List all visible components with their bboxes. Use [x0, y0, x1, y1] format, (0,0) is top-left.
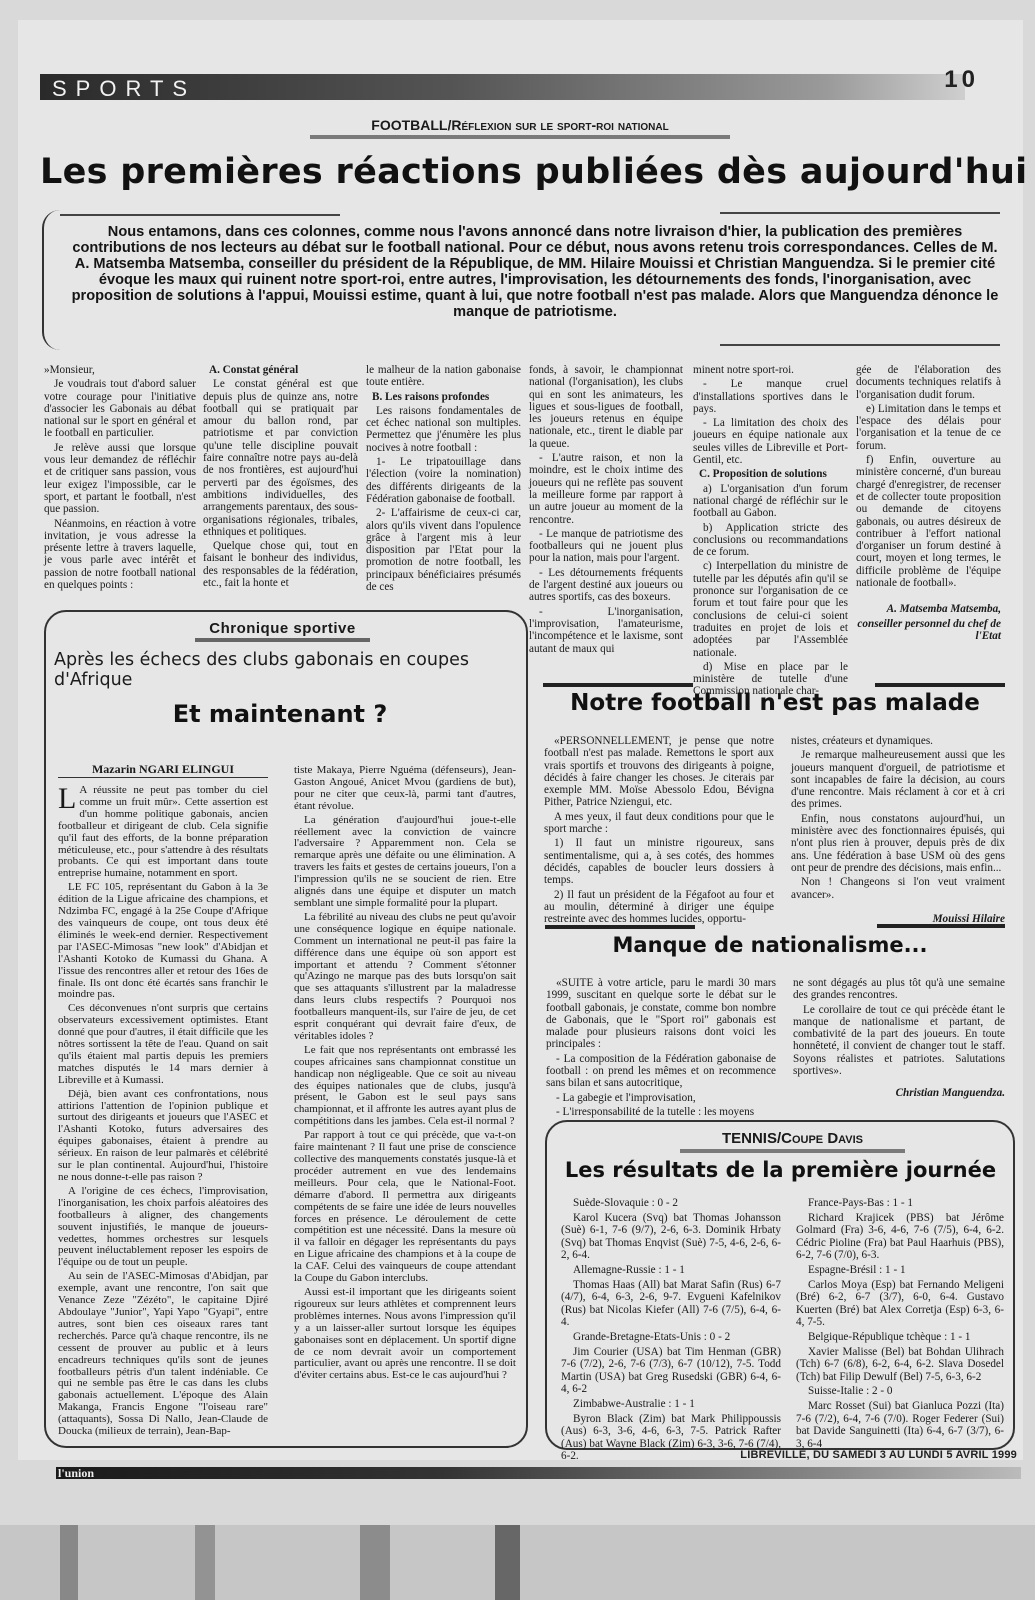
paragraph: - L'autre raison, et non la moindre, est… — [529, 452, 683, 526]
tennis-col-1: Suède-Slovaquie : 0 - 2 Karol Kucera (Sv… — [561, 1197, 781, 1465]
matsemba-col-1: »Monsieur, Je voudrais tout d'abord salu… — [44, 364, 196, 593]
paragraph: 2- L'affairisme de ceux-ci car, alors qu… — [366, 507, 521, 593]
footer-band — [56, 1467, 1021, 1479]
separator-rule — [545, 925, 695, 929]
chronique-col-1: LA réussite ne peut pas tomber du ciel c… — [58, 785, 268, 1440]
subhead: B. Les raisons profondes — [366, 391, 521, 403]
paragraph: »Monsieur, — [44, 364, 196, 376]
paragraph: Les raisons fondamentales de cet échec n… — [366, 405, 521, 454]
intro-rule — [60, 214, 340, 216]
paragraph: Non ! Changeons si l'on veut vraiment av… — [791, 876, 1005, 901]
tie-title: Allemagne-Russie : 1 - 1 — [561, 1264, 781, 1277]
paragraph: e) Limitation dans le temps et l'espace … — [856, 403, 1001, 452]
matsemba-col-3: le malheur de la nation gabonaise toute … — [366, 364, 521, 595]
manguendza-col-2: ne sont dégagés au plus tôt qu'à une sem… — [793, 977, 1005, 1102]
paragraph: 1) Il faut un ministre rigoureux, sans s… — [544, 837, 774, 886]
chronique-subtitle: Après les échecs des clubs gabonais en c… — [54, 650, 514, 690]
tie-title: Zimbabwe-Australie : 1 - 1 — [561, 1398, 781, 1411]
signature: Christian Manguendza. — [793, 1087, 1005, 1099]
paragraph: «PERSONNELLEMENT, je pense que notre foo… — [544, 735, 774, 809]
tie-details: Marc Rosset (Sui) bat Gianluca Pozzi (It… — [796, 1400, 1004, 1450]
chronique-col-2: tiste Makaya, Pierre Nguéma (défenseurs)… — [294, 765, 516, 1384]
paragraph: Le constat général est que depuis plus d… — [203, 378, 358, 538]
intro-rule — [720, 212, 1000, 214]
subhead: C. Proposition de solutions — [693, 468, 848, 480]
tennis-kicker: TENNIS/Coupe Davis — [680, 1130, 905, 1153]
dateline: LIBREVILLE, DU SAMEDI 3 AU LUNDI 5 AVRIL… — [740, 1449, 1017, 1461]
paragraph: LA réussite ne peut pas tomber du ciel c… — [58, 785, 268, 880]
scan-artifact — [0, 1525, 1035, 1600]
paragraph: Par rapport à tout ce qui précède, que v… — [294, 1130, 516, 1285]
paragraph: - L'irresponsabilité de la tutelle : les… — [546, 1106, 776, 1118]
tie-details: Richard Krajicek (PBS) bat Jérôme Golmar… — [796, 1212, 1004, 1262]
tie-details: Thomas Haas (All) bat Marat Safin (Rus) … — [561, 1279, 781, 1329]
matsemba-col-4: fonds, à savoir, le championnat national… — [529, 364, 683, 657]
paragraph: gée de l'élaboration des documents techn… — [856, 364, 1001, 401]
tie-details: Carlos Moya (Esp) bat Fernando Meligeni … — [796, 1279, 1004, 1329]
paragraph: c) Interpellation du ministre de tutelle… — [693, 560, 848, 658]
tie-title: Grande-Bretagne-Etats-Unis : 0 - 2 — [561, 1331, 781, 1344]
paragraph: f) Enfin, ouverture au ministère concern… — [856, 454, 1001, 589]
tie-title: Suède-Slovaquie : 0 - 2 — [561, 1197, 781, 1210]
paragraph: nistes, créateurs et dynamiques. — [791, 735, 1005, 747]
separator-rule — [875, 683, 1005, 687]
tennis-headline: Les résultats de la première journée — [548, 1158, 1013, 1182]
mouissi-col-1: «PERSONNELLEMENT, je pense que notre foo… — [544, 735, 774, 927]
paragraph: Le corollaire de tout ce qui précède éta… — [793, 1004, 1005, 1078]
dropcap: L — [58, 787, 76, 811]
paragraph: A l'origine de ces échecs, l'improvisati… — [58, 1186, 268, 1269]
paragraph: Déjà, bien avant ces confrontations, nou… — [58, 1089, 268, 1184]
signature-title: conseiller personnel du chef de l'Etat — [856, 618, 1001, 643]
main-kicker: FOOTBALL/Réflexion sur le sport-roi nati… — [310, 117, 730, 139]
tie-details: Jim Courier (USA) bat Tim Henman (GBR) 7… — [561, 1346, 781, 1396]
chronique-headline: Et maintenant ? — [90, 700, 470, 728]
separator-rule — [543, 683, 693, 687]
paragraph: b) Application stricte des conclusions o… — [693, 522, 848, 559]
paragraph: Je remarque malheureusement aussi que le… — [791, 749, 1005, 810]
paragraph: Je voudrais tout d'abord saluer votre co… — [44, 378, 196, 439]
intro-rule — [720, 344, 1000, 346]
paragraph: LE FC 105, représentant du Gabon à la 3e… — [58, 882, 268, 1001]
matsemba-col-6: gée de l'élaboration des documents techn… — [856, 364, 1001, 644]
paragraph: 1- Le tripatouillage dans l'élection (vo… — [366, 456, 521, 505]
paragraph: 2) Il faut un président de la Fégafoot a… — [544, 889, 774, 926]
paragraph: Au sein de l'ASEC-Mimosas d'Abidjan, par… — [58, 1271, 268, 1438]
paragraph: - Le manque de patriotisme des footballe… — [529, 528, 683, 565]
paragraph: Quelque chose qui, tout en faisant le bo… — [203, 540, 358, 589]
tie-title: France-Pays-Bas : 1 - 1 — [796, 1197, 1004, 1210]
paragraph: fonds, à savoir, le championnat national… — [529, 364, 683, 450]
tie-title: Suisse-Italie : 2 - 0 — [796, 1385, 1004, 1398]
paragraph: tiste Makaya, Pierre Nguéma (défenseurs)… — [294, 765, 516, 813]
chronique-kicker: Chronique sportive — [195, 620, 370, 642]
paragraph: «SUITE à votre article, paru le mardi 30… — [546, 977, 776, 1051]
paragraph: La fébrilité au niveau des clubs ne peut… — [294, 912, 516, 1043]
paragraph: - L'inorganisation, l'improvisation, l'a… — [529, 606, 683, 655]
page-number: 10 — [944, 66, 979, 94]
mouissi-headline: Notre football n'est pas malade — [540, 690, 1010, 716]
paragraph: A mes yeux, il faut deux conditions pour… — [544, 811, 774, 836]
subhead: A. Constat général — [203, 364, 358, 376]
tennis-col-2: France-Pays-Bas : 1 - 1 Richard Krajicek… — [796, 1197, 1004, 1452]
paragraph: ne sont dégagés au plus tôt qu'à une sem… — [793, 977, 1005, 1002]
paragraph: Ces déconvenues n'ont surpris que certai… — [58, 1003, 268, 1086]
section-label: SPORTS — [52, 76, 196, 102]
intro-text: Nous entamons, dans ces colonnes, comme … — [70, 224, 1000, 320]
tie-details: Xavier Malisse (Bel) bat Bohdan Ulihrach… — [796, 1346, 1004, 1384]
paragraph: Néanmoins, en réaction à votre invitatio… — [44, 518, 196, 592]
matsemba-col-5: minent notre sport-roi. - Le manque crue… — [693, 364, 848, 700]
main-headline: Les premières réactions publiées dès auj… — [40, 152, 995, 192]
paragraph: - Les détournements fréquents de l'argen… — [529, 567, 683, 604]
paragraph: Je relève aussi que lorsque vous leur de… — [44, 442, 196, 516]
paragraph: - La composition de la Fédération gabona… — [546, 1053, 776, 1090]
newspaper-logo: l'union — [58, 1466, 94, 1481]
paragraph: La génération d'aujourd'hui joue-t-elle … — [294, 815, 516, 910]
paragraph: Le fait que nos représentants ont embras… — [294, 1045, 516, 1128]
tie-title: Belgique-République tchèque : 1 - 1 — [796, 1331, 1004, 1344]
signature-name: A. Matsemba Matsemba, — [856, 603, 1001, 615]
paragraph: - La gabegie et l'improvisation, — [546, 1092, 776, 1104]
manguendza-col-1: «SUITE à votre article, paru le mardi 30… — [546, 977, 776, 1120]
paragraph: a) L'organisation d'un forum national ch… — [693, 483, 848, 520]
paragraph: - La limitation des choix des joueurs en… — [693, 417, 848, 466]
byline: Mazarin NGARI ELINGUI — [78, 762, 248, 777]
separator-rule — [877, 924, 1005, 928]
tie-details: Karol Kucera (Svq) bat Thomas Johansson … — [561, 1212, 781, 1262]
paragraph: Aussi est-il important que les dirigeant… — [294, 1287, 516, 1382]
byline-rule — [58, 777, 268, 778]
mouissi-col-2: nistes, créateurs et dynamiques. Je rema… — [791, 735, 1005, 927]
tie-title: Espagne-Brésil : 1 - 1 — [796, 1264, 1004, 1277]
manguendza-headline: Manque de nationalisme... — [540, 933, 1000, 957]
paragraph: le malheur de la nation gabonaise toute … — [366, 364, 521, 389]
paragraph: Enfin, nous constatons aujourd'hui, un m… — [791, 813, 1005, 874]
paragraph: minent notre sport-roi. — [693, 364, 848, 376]
matsemba-col-2: A. Constat général Le constat général es… — [203, 364, 358, 591]
paragraph: - Le manque cruel d'installations sporti… — [693, 378, 848, 415]
